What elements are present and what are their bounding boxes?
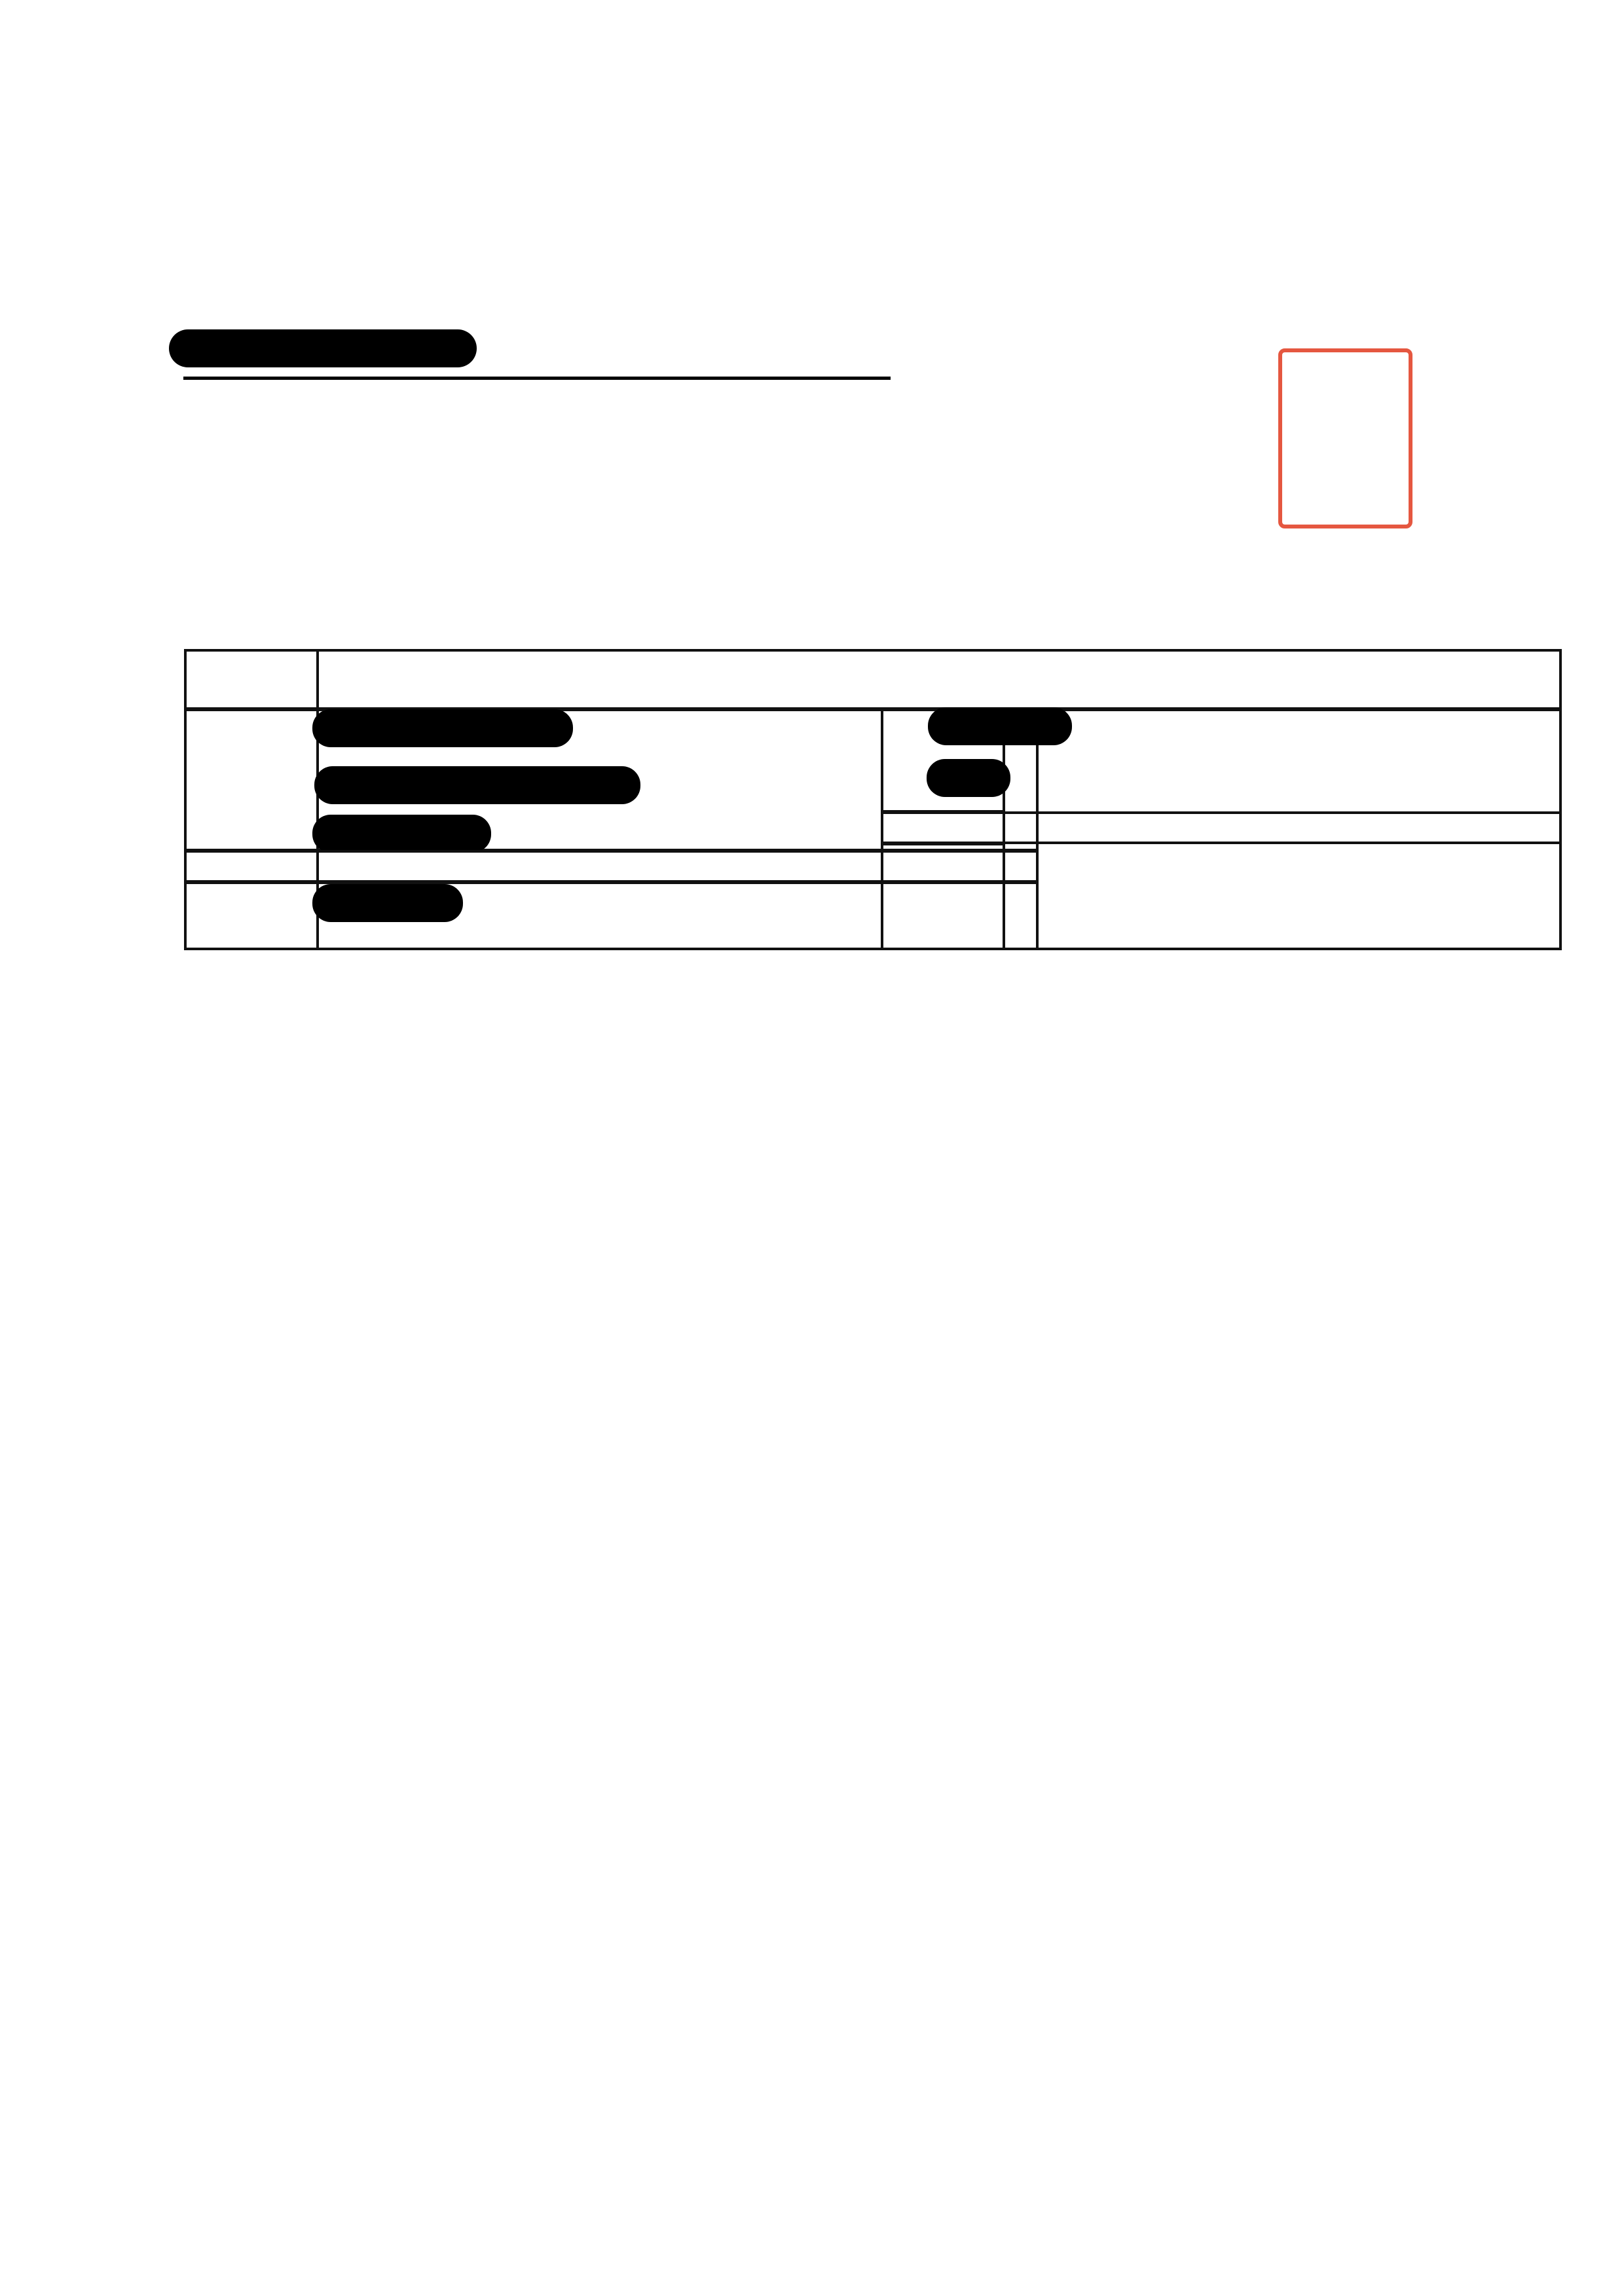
arrival-label-cell [184, 850, 319, 883]
barcode [1357, 90, 1569, 144]
vessel-redaction [312, 884, 463, 922]
address-redaction [314, 766, 640, 804]
broker-phone-redaction [927, 759, 1010, 797]
importer-label-cell [184, 709, 319, 851]
product-label-cell [184, 649, 319, 710]
product-row [184, 649, 1562, 710]
broker-redaction [928, 707, 1072, 745]
official-seal-stamp [1278, 348, 1412, 528]
importer-phone-redaction [312, 815, 491, 853]
addressee-underline [183, 377, 891, 380]
vessel-label-cell [184, 881, 319, 950]
importer-redaction [312, 709, 573, 747]
addressee-redaction [169, 329, 477, 367]
